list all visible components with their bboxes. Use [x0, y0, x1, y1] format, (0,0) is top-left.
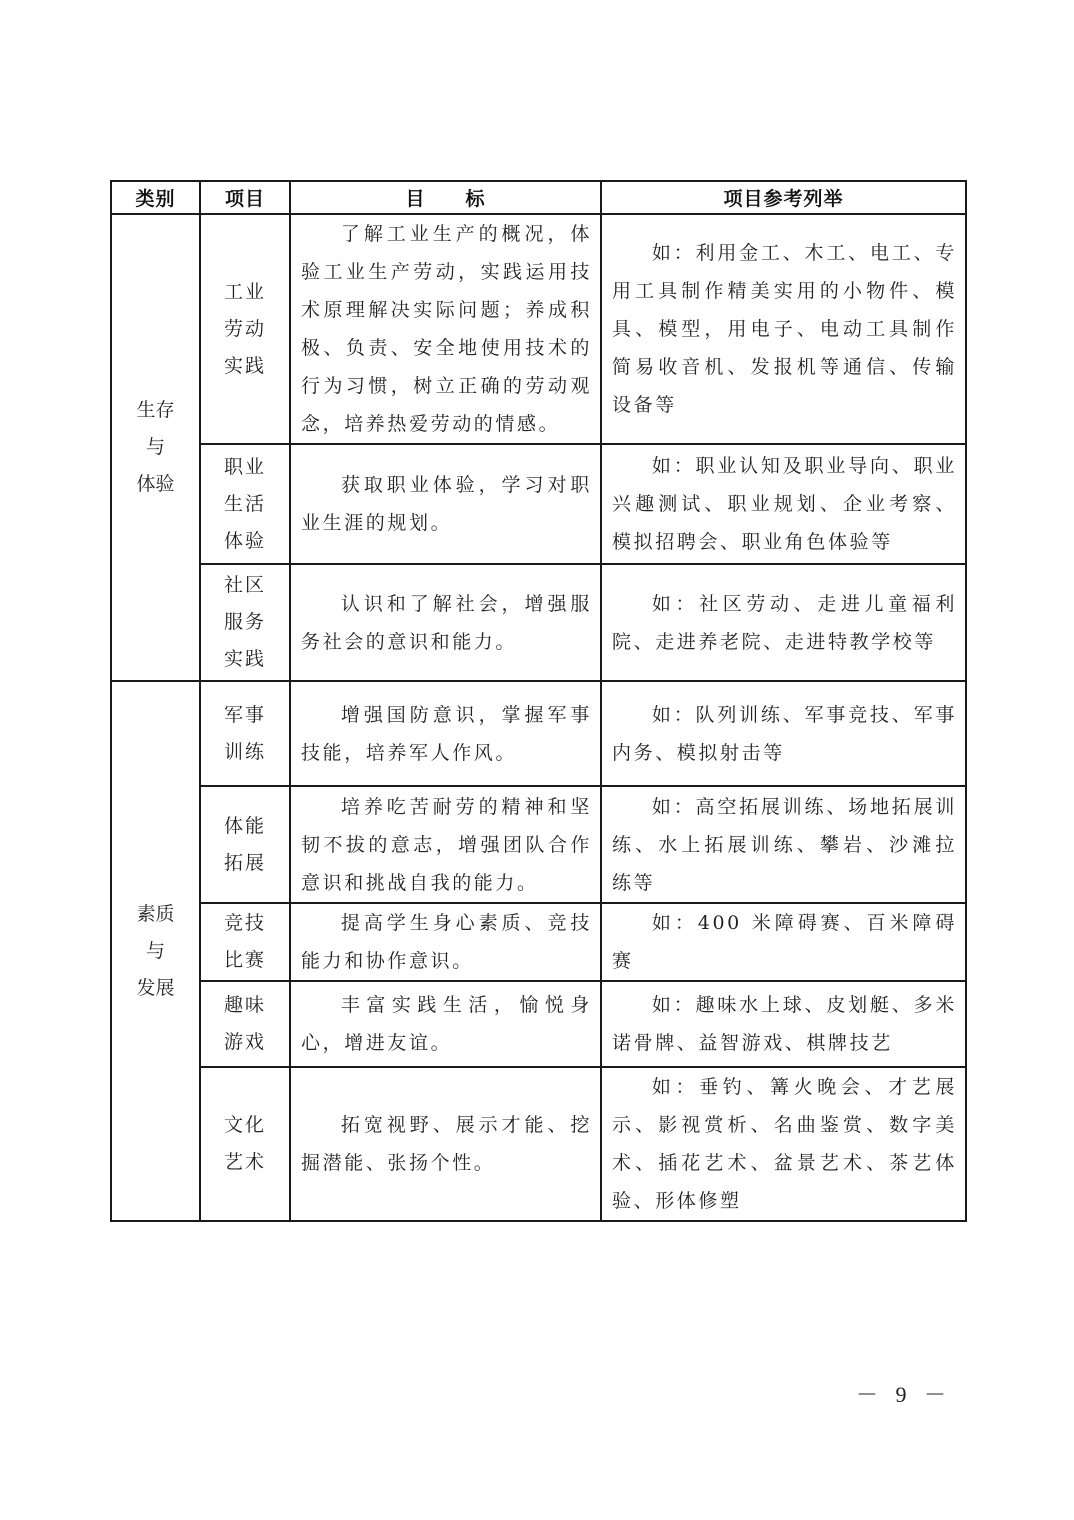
item-line: 实践 — [201, 348, 289, 385]
item-cell: 军事 训练 — [200, 681, 290, 786]
activity-table: 类别 项目 目 标 项目参考列举 生存 与 体验 工业 劳动 实践 了解工业生产… — [110, 180, 967, 1222]
goal-text: 了解工业生产的概况，体验工业生产劳动，实践运用技术原理解决实际问题；养成积极、负… — [301, 215, 592, 443]
item-line: 体能 — [201, 808, 289, 845]
item-cell: 趣味 游戏 — [200, 981, 290, 1067]
goal-cell: 丰富实践生活，愉悦身心，增进友谊。 — [290, 981, 601, 1067]
goal-text: 认识和了解社会，增强服务社会的意识和能力。 — [301, 585, 592, 661]
goal-text: 培养吃苦耐劳的精神和坚韧不拔的意志，增强团队合作意识和挑战自我的能力。 — [301, 788, 592, 902]
goal-cell: 增强国防意识，掌握军事技能，培养军人作风。 — [290, 681, 601, 786]
goal-cell: 提高学生身心素质、竞技能力和协作意识。 — [290, 903, 601, 981]
reference-text: 如：利用金工、木工、电工、专用工具制作精美实用的小物件、模具、模型，用电子、电动… — [612, 234, 957, 424]
category-line: 与 — [112, 933, 199, 970]
reference-cell: 如：400 米障碍赛、百米障碍赛 — [601, 903, 966, 981]
reference-text: 如：社区劳动、走进儿童福利院、走进养老院、走进特教学校等 — [612, 585, 957, 661]
item-line: 工业 — [201, 274, 289, 311]
category-line: 素质 — [112, 896, 199, 933]
goal-cell: 拓宽视野、展示才能、挖掘潜能、张扬个性。 — [290, 1067, 601, 1221]
item-line: 游戏 — [201, 1024, 289, 1061]
table-row: 竞技 比赛 提高学生身心素质、竞技能力和协作意识。 如：400 米障碍赛、百米障… — [111, 903, 966, 981]
item-line: 实践 — [201, 641, 289, 678]
item-line: 社区 — [201, 567, 289, 604]
header-item: 项目 — [200, 181, 290, 214]
goal-cell: 获取职业体验，学习对职业生涯的规划。 — [290, 444, 601, 564]
category-line: 与 — [112, 429, 199, 466]
header-reference: 项目参考列举 — [601, 181, 966, 214]
item-cell: 竞技 比赛 — [200, 903, 290, 981]
table-row: 趣味 游戏 丰富实践生活，愉悦身心，增进友谊。 如：趣味水上球、皮划艇、多米诺骨… — [111, 981, 966, 1067]
item-line: 竞技 — [201, 905, 289, 942]
item-line: 体验 — [201, 523, 289, 560]
item-line: 职业 — [201, 449, 289, 486]
reference-text: 如：400 米障碍赛、百米障碍赛 — [612, 904, 957, 980]
goal-text: 丰富实践生活，愉悦身心，增进友谊。 — [301, 986, 592, 1062]
item-cell: 职业 生活 体验 — [200, 444, 290, 564]
goal-cell: 认识和了解社会，增强服务社会的意识和能力。 — [290, 564, 601, 681]
table-row: 生存 与 体验 工业 劳动 实践 了解工业生产的概况，体验工业生产劳动，实践运用… — [111, 214, 966, 444]
reference-cell: 如：高空拓展训练、场地拓展训练、水上拓展训练、攀岩、沙滩拉练等 — [601, 786, 966, 903]
goal-cell: 培养吃苦耐劳的精神和坚韧不拔的意志，增强团队合作意识和挑战自我的能力。 — [290, 786, 601, 903]
category-line: 生存 — [112, 392, 199, 429]
category-survival-experience: 生存 与 体验 — [111, 214, 200, 681]
item-line: 生活 — [201, 486, 289, 523]
item-line: 趣味 — [201, 987, 289, 1024]
item-line: 拓展 — [201, 845, 289, 882]
reference-text: 如：高空拓展训练、场地拓展训练、水上拓展训练、攀岩、沙滩拉练等 — [612, 788, 957, 902]
table-row: 文化 艺术 拓宽视野、展示才能、挖掘潜能、张扬个性。 如：垂钓、篝火晚会、才艺展… — [111, 1067, 966, 1221]
item-line: 服务 — [201, 604, 289, 641]
goal-cell: 了解工业生产的概况，体验工业生产劳动，实践运用技术原理解决实际问题；养成积极、负… — [290, 214, 601, 444]
item-line: 劳动 — [201, 311, 289, 348]
item-line: 文化 — [201, 1107, 289, 1144]
reference-cell: 如：职业认知及职业导向、职业兴趣测试、职业规划、企业考察、模拟招聘会、职业角色体… — [601, 444, 966, 564]
reference-text: 如：职业认知及职业导向、职业兴趣测试、职业规划、企业考察、模拟招聘会、职业角色体… — [612, 447, 957, 561]
item-cell: 文化 艺术 — [200, 1067, 290, 1221]
category-line: 体验 — [112, 466, 199, 503]
goal-text: 增强国防意识，掌握军事技能，培养军人作风。 — [301, 696, 592, 772]
item-cell: 工业 劳动 实践 — [200, 214, 290, 444]
item-line: 军事 — [201, 697, 289, 734]
reference-cell: 如：垂钓、篝火晚会、才艺展示、影视赏析、名曲鉴赏、数字美术、插花艺术、盆景艺术、… — [601, 1067, 966, 1221]
table-row: 素质 与 发展 军事 训练 增强国防意识，掌握军事技能，培养军人作风。 如：队列… — [111, 681, 966, 786]
header-goal: 目 标 — [290, 181, 601, 214]
table-row: 体能 拓展 培养吃苦耐劳的精神和坚韧不拔的意志，增强团队合作意识和挑战自我的能力… — [111, 786, 966, 903]
reference-text: 如：垂钓、篝火晚会、才艺展示、影视赏析、名曲鉴赏、数字美术、插花艺术、盆景艺术、… — [612, 1068, 957, 1220]
item-line: 训练 — [201, 734, 289, 771]
category-quality-development: 素质 与 发展 — [111, 681, 200, 1221]
goal-text: 拓宽视野、展示才能、挖掘潜能、张扬个性。 — [301, 1106, 592, 1182]
item-cell: 体能 拓展 — [200, 786, 290, 903]
table-header-row: 类别 项目 目 标 项目参考列举 — [111, 181, 966, 214]
goal-text: 获取职业体验，学习对职业生涯的规划。 — [301, 466, 592, 542]
page-number: － 9 － — [856, 1378, 952, 1409]
reference-cell: 如：队列训练、军事竞技、军事内务、模拟射击等 — [601, 681, 966, 786]
category-line: 发展 — [112, 970, 199, 1007]
item-line: 艺术 — [201, 1144, 289, 1181]
reference-cell: 如：利用金工、木工、电工、专用工具制作精美实用的小物件、模具、模型，用电子、电动… — [601, 214, 966, 444]
table-row: 社区 服务 实践 认识和了解社会，增强服务社会的意识和能力。 如：社区劳动、走进… — [111, 564, 966, 681]
reference-cell: 如：社区劳动、走进儿童福利院、走进养老院、走进特教学校等 — [601, 564, 966, 681]
reference-text: 如：趣味水上球、皮划艇、多米诺骨牌、益智游戏、棋牌技艺 — [612, 986, 957, 1062]
reference-text: 如：队列训练、军事竞技、军事内务、模拟射击等 — [612, 696, 957, 772]
goal-text: 提高学生身心素质、竞技能力和协作意识。 — [301, 904, 592, 980]
item-cell: 社区 服务 实践 — [200, 564, 290, 681]
reference-cell: 如：趣味水上球、皮划艇、多米诺骨牌、益智游戏、棋牌技艺 — [601, 981, 966, 1067]
table-row: 职业 生活 体验 获取职业体验，学习对职业生涯的规划。 如：职业认知及职业导向、… — [111, 444, 966, 564]
item-line: 比赛 — [201, 942, 289, 979]
header-category: 类别 — [111, 181, 200, 214]
